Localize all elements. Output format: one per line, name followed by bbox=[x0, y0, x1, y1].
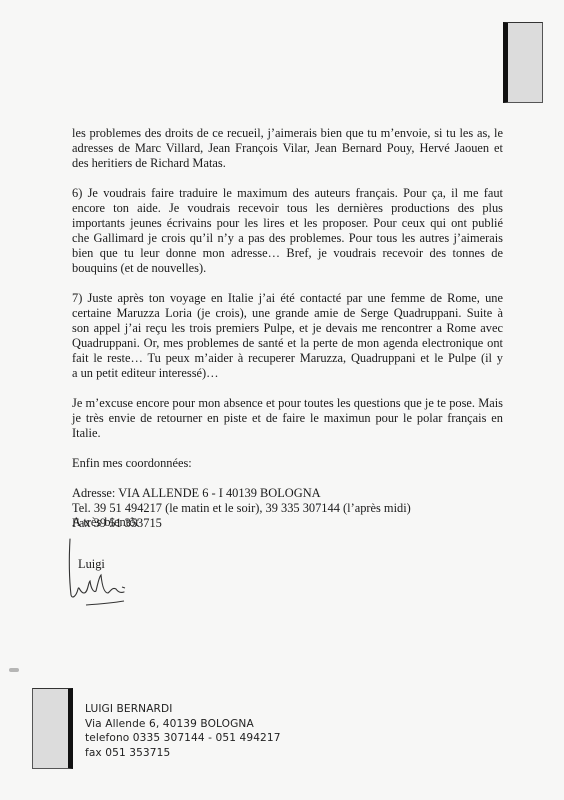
paragraph-apology: Je m’excuse encore pour mon absence et p… bbox=[72, 396, 503, 441]
text-line: son appel j’ai reçu les trois premiers P… bbox=[72, 321, 503, 336]
closing-salutation: A très bientôt bbox=[72, 515, 139, 530]
paragraph-rights-addresses: les problemes des droits de ce recueil, … bbox=[72, 126, 503, 171]
text-line: 7) Juste après ton voyage en Italie j’ai… bbox=[72, 291, 503, 306]
contact-telephone: Tel. 39 51 494217 (le matin et le soir),… bbox=[72, 501, 503, 516]
paragraph-7-rome-contact: 7) Juste après ton voyage en Italie j’ai… bbox=[72, 291, 503, 381]
handwritten-signature bbox=[66, 537, 146, 607]
letter-body: les problemes des droits de ce recueil, … bbox=[72, 126, 503, 546]
letterhead-name: LUIGI BERNARDI bbox=[85, 702, 281, 717]
contact-address: Adresse: VIA ALLENDE 6 - I 40139 BOLOGNA bbox=[72, 486, 503, 501]
text-line: 6) Je voudrais faire traduire le maximum… bbox=[72, 186, 503, 201]
text-line: bouquins (et de nouvelles). bbox=[72, 261, 503, 276]
text-line: Italie. bbox=[72, 426, 503, 441]
text-line: les problemes des droits de ce recueil, … bbox=[72, 126, 503, 141]
paragraph-coordinates-intro: Enfin mes coordonnées: bbox=[72, 456, 503, 471]
letter-page: les problemes des droits de ce recueil, … bbox=[0, 0, 564, 800]
letterhead-footer: LUIGI BERNARDI Via Allende 6, 40139 BOLO… bbox=[85, 702, 281, 760]
decorative-corner-box-bottom bbox=[32, 688, 73, 769]
letterhead-telephone: telefono 0335 307144 - 051 494217 bbox=[85, 731, 281, 746]
signature-name: Luigi bbox=[78, 557, 105, 572]
decorative-corner-box-top bbox=[503, 22, 543, 103]
letterhead-address: Via Allende 6, 40139 BOLOGNA bbox=[85, 717, 281, 732]
text-line: importants jeunes écrivains pour les lir… bbox=[72, 216, 503, 231]
text-line: certaine Maruzza Loria (je crois), une g… bbox=[72, 306, 503, 321]
text-line: je très envie de retourner en piste et d… bbox=[72, 411, 503, 426]
text-line: bien que tu leur donne mon adresse… Bref… bbox=[72, 246, 503, 261]
paper-speck bbox=[9, 668, 19, 672]
text-line: adresses de Marc Villard, Jean François … bbox=[72, 141, 503, 156]
letterhead-fax: fax 051 353715 bbox=[85, 746, 281, 761]
text-line: Quadruppani. Or, mes problemes de santé … bbox=[72, 336, 503, 351]
text-line: a un petit editeur interessé)… bbox=[72, 366, 503, 381]
text-line: Enfin mes coordonnées: bbox=[72, 456, 503, 471]
text-line: fait le reste… Tu peux m’aider à recuper… bbox=[72, 351, 503, 366]
text-line: Je m’excuse encore pour mon absence et p… bbox=[72, 396, 503, 411]
text-line: encore ton aide. Je voudrais recevoir to… bbox=[72, 201, 503, 216]
text-line: des heritiers de Richard Matas. bbox=[72, 156, 503, 171]
text-line: che Gallimard je crois qu’il n’y a pas d… bbox=[72, 231, 503, 246]
paragraph-6-translations: 6) Je voudrais faire traduire le maximum… bbox=[72, 186, 503, 276]
